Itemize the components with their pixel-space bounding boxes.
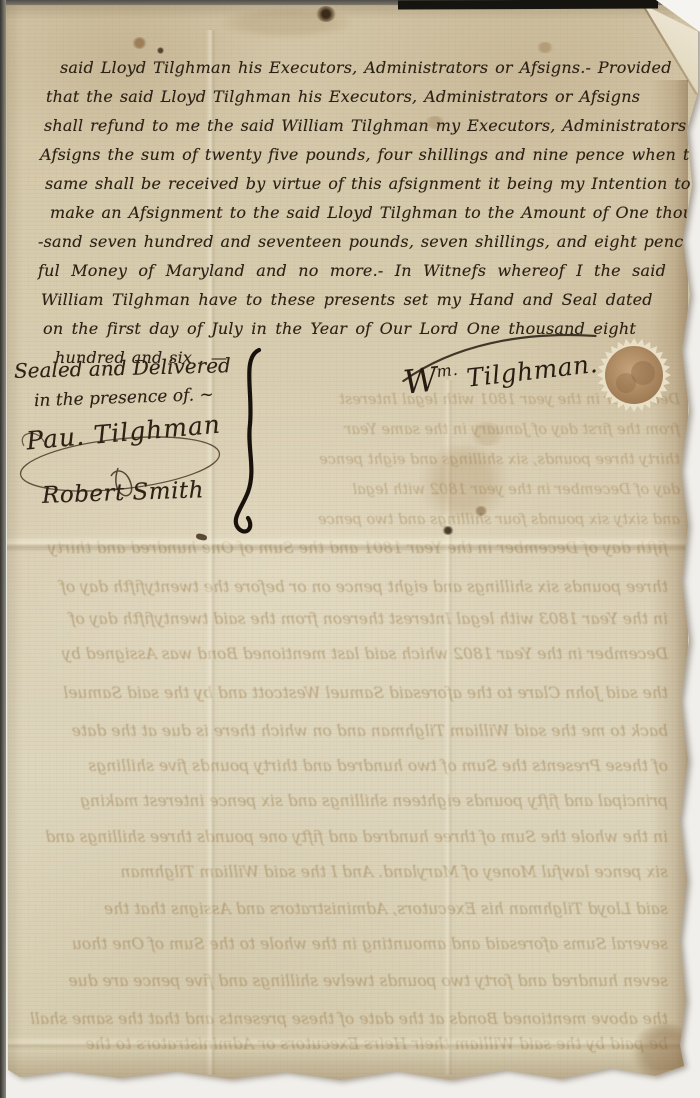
manuscript-line-7: -sand seven hundred and seventeen pounds…	[38, 232, 700, 251]
bleedthrough-line: in the Year 1803 with legal Interest the…	[36, 610, 668, 628]
signature-initial: W	[401, 359, 439, 402]
torn-bottom-edge-shading	[6, 1050, 686, 1082]
embossed-wafer-seal	[596, 337, 672, 413]
ink-speck	[442, 526, 454, 535]
horizontal-fold-crease	[6, 536, 688, 552]
signature-superscript: m.	[435, 360, 459, 381]
bleedthrough-line: of these Presents the Sum of two hundred…	[36, 757, 668, 775]
bleedthrough-line: in the whole the Sum of three hundred an…	[36, 828, 668, 846]
foxing-stain	[536, 42, 554, 53]
bleedthrough-line: three pounds six shillings and eight pen…	[36, 578, 668, 596]
bleedthrough-line: principal and fifty pounds eighteen shil…	[36, 792, 668, 810]
manuscript-line-8: ful Money of Maryland and no more.- In W…	[38, 261, 666, 280]
ink-spot-stain	[316, 6, 336, 22]
manuscript-line-4: Afsigns the sum of twenty five pounds, f…	[40, 145, 700, 164]
bleedthrough-line: back to me the said William Tilghman and…	[36, 722, 668, 740]
manuscript-line-5: same shall be received by virtue of this…	[45, 174, 691, 193]
manuscript-line-2: that the said Lloyd Tilghman his Executo…	[46, 87, 640, 106]
scan-edge-left	[0, 0, 6, 1098]
manuscript-line-9: William Tilghman have to these presents …	[41, 290, 653, 309]
bleedthrough-line: from the first day of January in the sam…	[248, 422, 680, 438]
corner-stain	[632, 1024, 698, 1080]
bleedthrough-line: seven hundred and forty two pounds twelv…	[36, 972, 668, 990]
small-stain	[474, 506, 488, 516]
bleedthrough-line: the above mentioned Bonds at the date of…	[36, 1010, 668, 1028]
faint-stain	[468, 422, 506, 446]
large-faint-stain	[416, 446, 512, 518]
bleedthrough-line: six pence lawful Money of Maryland. And …	[36, 863, 668, 881]
torn-right-edge-shading	[650, 80, 688, 1070]
paper-sheet: December in the year 1801 with legal Int…	[0, 0, 700, 1098]
manuscript-line-1: said Lloyd Tilghman his Executors, Admin…	[60, 58, 672, 77]
manuscript-line-6: make an Afsignment to the said Lloyd Til…	[50, 203, 700, 222]
bleedthrough-line: several Sums aforesaid and amounting in …	[36, 935, 668, 953]
scan-edge-top-dark	[398, 0, 658, 9]
left-edge-shading	[6, 4, 22, 1082]
bleedthrough-line: December in the Year 1802 which said las…	[36, 645, 668, 663]
foxing-dot	[157, 47, 164, 54]
bleedthrough-line: said Lloyd Tilghman his Executors, Admin…	[36, 900, 668, 918]
manuscript-line-3: shall refund to me the said William Tilg…	[44, 116, 700, 135]
foxing-stain	[132, 37, 147, 49]
manuscript-page: December in the year 1801 with legal Int…	[0, 0, 700, 1098]
horizontal-fold-crease-lower	[6, 1036, 686, 1050]
attestation-brace	[222, 346, 268, 538]
bleedthrough-line: the said John Clare to the aforesaid Sam…	[36, 684, 668, 702]
